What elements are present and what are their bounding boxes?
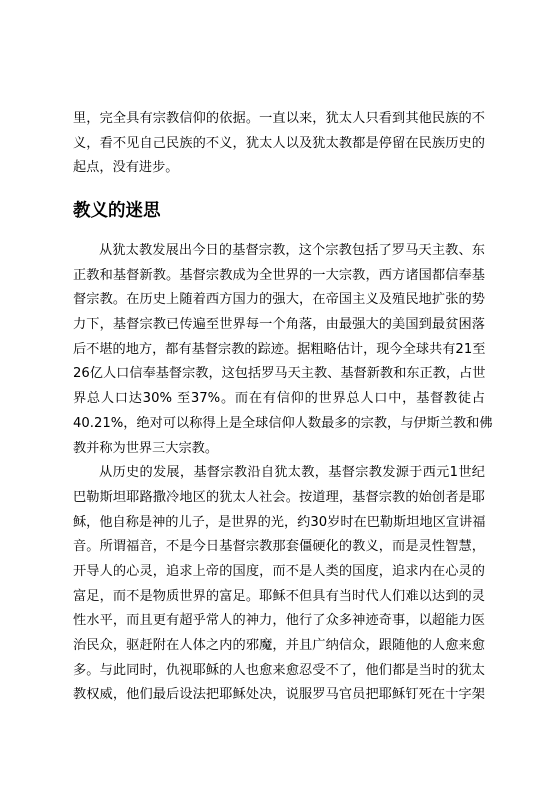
text-line: 起点，没有进步。 bbox=[73, 156, 485, 181]
text-line: 稣，他自称是神的儿子，是世界的光，约30岁时在巴勒斯坦地区宣讲福 bbox=[73, 511, 485, 536]
paragraph-christianity-history: 从历史的发展，基督宗教沿自犹太教，基督宗教发源于西元1世纪 巴勒斯坦耶路撒冷地区… bbox=[73, 461, 485, 708]
section-heading: 教义的迷思 bbox=[73, 199, 161, 223]
text-line: 巴勒斯坦耶路撒冷地区的犹太人社会。按道理，基督宗教的始创者是耶 bbox=[73, 486, 485, 511]
text-line: 开导人的心灵，追求上帝的国度，而不是人类的国度，追求内在心灵的 bbox=[73, 560, 485, 585]
section-body: 从犹太教发展出今日的基督宗教，这个宗教包括了罗马天主教、东 正教和基督新教。基督… bbox=[73, 239, 485, 708]
text-line: 力下，基督宗教已传遍至世界每一个角落，由最强大的美国到最贫困落 bbox=[73, 313, 485, 338]
document-page: 里，完全具有宗教信仰的依据。一直以来，犹太人只看到其他民族的不 义，看不见自己民… bbox=[0, 0, 559, 795]
text-line: 正教和基督新教。基督宗教成为全世界的一大宗教，西方诸国都信奉基 bbox=[73, 264, 485, 289]
text-line: 治民众，驱赶附在人体之内的邪魔，并且广纳信众，跟随他的人愈来愈 bbox=[73, 634, 485, 659]
text-line: 里，完全具有宗教信仰的依据。一直以来，犹太人只看到其他民族的不 bbox=[73, 107, 485, 132]
text-line: 性水平，而且更有超乎常人的神力，他行了众多神迹奇事，以超能力医 bbox=[73, 609, 485, 634]
text-line: 音。所谓福音，不是今日基督宗教那套僵硬化的教义，而是灵性智慧， bbox=[73, 535, 485, 560]
text-line: 多。与此同时，仇视耶稣的人也愈来愈忍受不了，他们都是当时的犹太 bbox=[73, 659, 485, 684]
text-line: 教权威，他们最后设法把耶稣处决，说服罗马官员把耶稣钉死在十字架 bbox=[73, 683, 485, 708]
intro-paragraph: 里，完全具有宗教信仰的依据。一直以来，犹太人只看到其他民族的不 义，看不见自己民… bbox=[73, 107, 485, 181]
text-line: 界总人口达30% 至37%。而在有信仰的世界总人口中，基督教徒占 bbox=[73, 387, 485, 412]
text-line: 40.21%，绝对可以称得上是全球信仰人数最多的宗教，与伊斯兰教和佛 bbox=[73, 412, 485, 437]
text-line: 从犹太教发展出今日的基督宗教，这个宗教包括了罗马天主教、东 bbox=[73, 239, 485, 264]
text-line: 26亿人口信奉基督宗教，这包括罗马天主教、基督新教和东正教，占世 bbox=[73, 362, 485, 387]
paragraph-christianity-overview: 从犹太教发展出今日的基督宗教，这个宗教包括了罗马天主教、东 正教和基督新教。基督… bbox=[73, 239, 485, 461]
text-line: 富足，而不是物质世界的富足。耶稣不但具有当时代人们难以达到的灵 bbox=[73, 585, 485, 610]
text-line: 义，看不见自己民族的不义，犹太人以及犹太教都是停留在民族历史的 bbox=[73, 132, 485, 157]
text-line: 从历史的发展，基督宗教沿自犹太教，基督宗教发源于西元1世纪 bbox=[73, 461, 485, 486]
text-line: 教并称为世界三大宗教。 bbox=[73, 437, 485, 462]
text-line: 后不堪的地方，都有基督宗教的踪迹。据粗略估计，现今全球共有21至 bbox=[73, 338, 485, 363]
text-line: 督宗教。在历史上随着西方国力的强大，在帝国主义及殖民地扩张的势 bbox=[73, 288, 485, 313]
